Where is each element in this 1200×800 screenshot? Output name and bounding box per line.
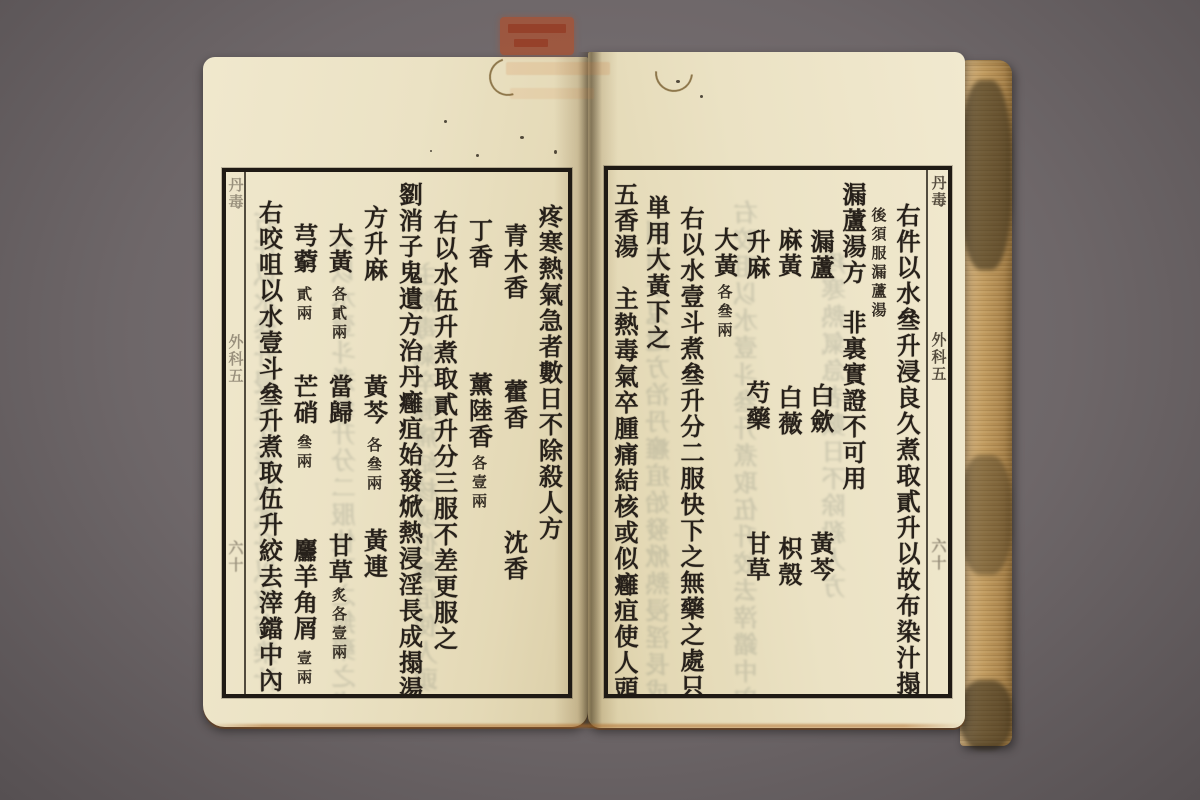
orange-watermark (510, 88, 594, 99)
text-frame-right: 丹毒 外科五 六十 劉消子鬼遺方治丹癰疽始發焮熱浸淫長成搨湯 右咬咀以水壹斗叄升… (604, 166, 952, 698)
column-text: 疼寒熱氣急者數日不除殺人方 (537, 204, 561, 542)
page-edge-stack (960, 60, 1012, 746)
column-text: 五香湯 (612, 182, 636, 260)
column-text: 芍藥 (744, 380, 768, 432)
prescription-column: 後須服漏蘆湯 (868, 172, 888, 692)
column-text: 右件以水叄升浸良久煮取貳升以故布染汁搨 (894, 203, 918, 697)
prescription-column: 漏蘆白歛黃芩 (804, 172, 836, 692)
ink-speck (430, 150, 432, 152)
column-text: 右以水伍升煮取貳升分三服不差更服之 (432, 210, 456, 652)
folding-margin-right: 丹毒 外科五 六十 (926, 170, 948, 694)
ink-speck (520, 136, 524, 139)
margin-volume-label: 外科五 (931, 332, 946, 383)
column-text: 沈香 (502, 530, 526, 582)
column-text: 甘草 (327, 533, 351, 585)
prescription-column: 麻黃白薇枳殼 (772, 172, 804, 692)
column-text: 黃連 (362, 528, 386, 580)
dosage-annotation: 各叄兩 (366, 437, 381, 494)
prescription-column: 単用大黃下之 (640, 172, 672, 692)
page-bottom-edge (203, 724, 965, 728)
margin-chapter-label: 丹毒 (931, 175, 946, 209)
margin-chapter-label: 丹毒 (228, 177, 243, 211)
ink-speck (444, 120, 447, 123)
column-text: 黃芩 (362, 374, 386, 426)
column-text: 藿香 (502, 379, 526, 431)
prescription-column: 丁香薰陸香各壹兩 (461, 174, 496, 692)
dosage-annotation: 各貳兩 (331, 286, 346, 343)
left-page: 丹毒 外科五 六十 右件以水叄升浸良久煮取貳升以故布染汁搨 右以水壹斗煮叄升分二… (203, 57, 588, 727)
column-text: 當歸 (327, 374, 351, 426)
prescription-column: 大黃各貳兩當歸甘草炙各壹兩 (321, 174, 356, 692)
column-text: 薰陸香 (467, 372, 491, 450)
column-text: 非裏實證不可用 (840, 310, 864, 492)
column-text: 芎藭 (292, 223, 316, 275)
column-text: 青木香 (502, 223, 526, 301)
column-text: 白歛 (808, 383, 832, 435)
column-text: 右咬咀以水壹斗叄升煮取伍升絞去滓鐺中內 (257, 200, 281, 694)
column-text: 劉消子鬼遺方治丹癰疽始發焮熱浸淫長成搨湯 (397, 182, 421, 698)
red-seal-watermark (500, 17, 574, 55)
dosage-annotation: 貳兩 (296, 286, 311, 324)
column-text: 白薇 (776, 385, 800, 437)
prescription-column: 五香湯主熱毒氣卒腫痛結核或似癰疽使人頭 (608, 172, 640, 692)
text-frame-left: 丹毒 外科五 六十 右件以水叄升浸良久煮取貳升以故布染汁搨 右以水壹斗煮叄升分二… (222, 168, 572, 698)
column-text: 単用大黃下之 (644, 195, 668, 351)
ink-speck (700, 95, 703, 98)
folding-margin-left: 丹毒 外科五 六十 (226, 172, 246, 694)
right-page: 丹毒 外科五 六十 劉消子鬼遺方治丹癰疽始發焮熱浸淫長成搨湯 右咬咀以水壹斗叄升… (588, 52, 965, 728)
column-text: 升麻 (744, 229, 768, 281)
prescription-column: 方升麻黃芩各叄兩黃連 (356, 174, 391, 692)
column-text: 升麻 (362, 231, 386, 283)
prescription-column: 大黃各叄兩 (708, 172, 740, 692)
column-text: 枳殼 (776, 536, 800, 588)
column-text: 大黃 (712, 227, 736, 279)
column-text: 漏蘆 (808, 229, 832, 281)
right-page-columns: 右件以水叄升浸良久煮取貳升以故布染汁搨後須服漏蘆湯漏蘆湯方非裏實證不可用漏蘆白歛… (610, 172, 924, 692)
column-text: 麻黃 (776, 227, 800, 279)
prescription-column: 疼寒熱氣急者數日不除殺人方 (531, 174, 566, 692)
edge-ink-stain (960, 680, 1012, 750)
dosage-annotation: 炙各壹兩 (331, 587, 346, 663)
prescription-column: 芎藭貳兩芒硝叄兩麢羊角屑壹兩 (286, 174, 321, 692)
dosage-annotation: 各叄兩 (717, 284, 732, 341)
edge-ink-stain (960, 80, 1012, 270)
left-page-columns: 疼寒熱氣急者數日不除殺人方青木香藿香沈香丁香薰陸香各壹兩右以水伍升煮取貳升分三服… (248, 174, 566, 692)
seal-glyph-mark (508, 24, 566, 33)
margin-leaf-number: 六十 (228, 540, 243, 574)
edge-ink-stain (960, 455, 1012, 575)
column-text: 右以水壹斗煮叄升分二服快下之無藥之處只 (678, 206, 702, 698)
seal-glyph-mark (514, 39, 548, 47)
column-text: 黃芩 (808, 531, 832, 583)
margin-leaf-number: 六十 (931, 538, 946, 572)
ink-speck (554, 150, 557, 154)
column-text: 麢羊角屑 (292, 538, 316, 642)
dosage-annotation: 壹兩 (296, 650, 311, 688)
photo-backdrop: 丹毒 外科五 六十 右件以水叄升浸良久煮取貳升以故布染汁搨 右以水壹斗煮叄升分二… (0, 0, 1200, 800)
column-text: 丁香 (467, 218, 491, 270)
prescription-column: 右件以水叄升浸良久煮取貳升以故布染汁搨 (888, 172, 924, 692)
column-text: 方 (362, 205, 386, 231)
column-text: 芒硝 (292, 374, 316, 426)
ink-speck (476, 154, 479, 157)
column-text: 大黃 (327, 223, 351, 275)
column-text: 主熱毒氣卒腫痛結核或似癰疽使人頭 (612, 286, 636, 698)
prescription-column: 右以水壹斗煮叄升分二服快下之無藥之處只 (672, 172, 708, 692)
prescription-column: 升麻芍藥甘草 (740, 172, 772, 692)
margin-volume-label: 外科五 (228, 334, 243, 385)
ink-speck (676, 80, 680, 83)
dosage-annotation: 後須服漏蘆湯 (871, 207, 886, 321)
column-text: 甘草 (744, 531, 768, 583)
prescription-column: 劉消子鬼遺方治丹癰疽始發焮熱浸淫長成搨湯 (391, 174, 426, 692)
column-text: 漏蘆湯方 (840, 182, 864, 286)
prescription-column: 青木香藿香沈香 (496, 174, 531, 692)
dosage-annotation: 叄兩 (296, 434, 311, 472)
prescription-column: 漏蘆湯方非裏實證不可用 (836, 172, 868, 692)
dosage-annotation: 各壹兩 (471, 455, 486, 512)
prescription-column: 右以水伍升煮取貳升分三服不差更服之 (426, 174, 461, 692)
prescription-column: 右咬咀以水壹斗叄升煮取伍升絞去滓鐺中內 (251, 174, 286, 692)
